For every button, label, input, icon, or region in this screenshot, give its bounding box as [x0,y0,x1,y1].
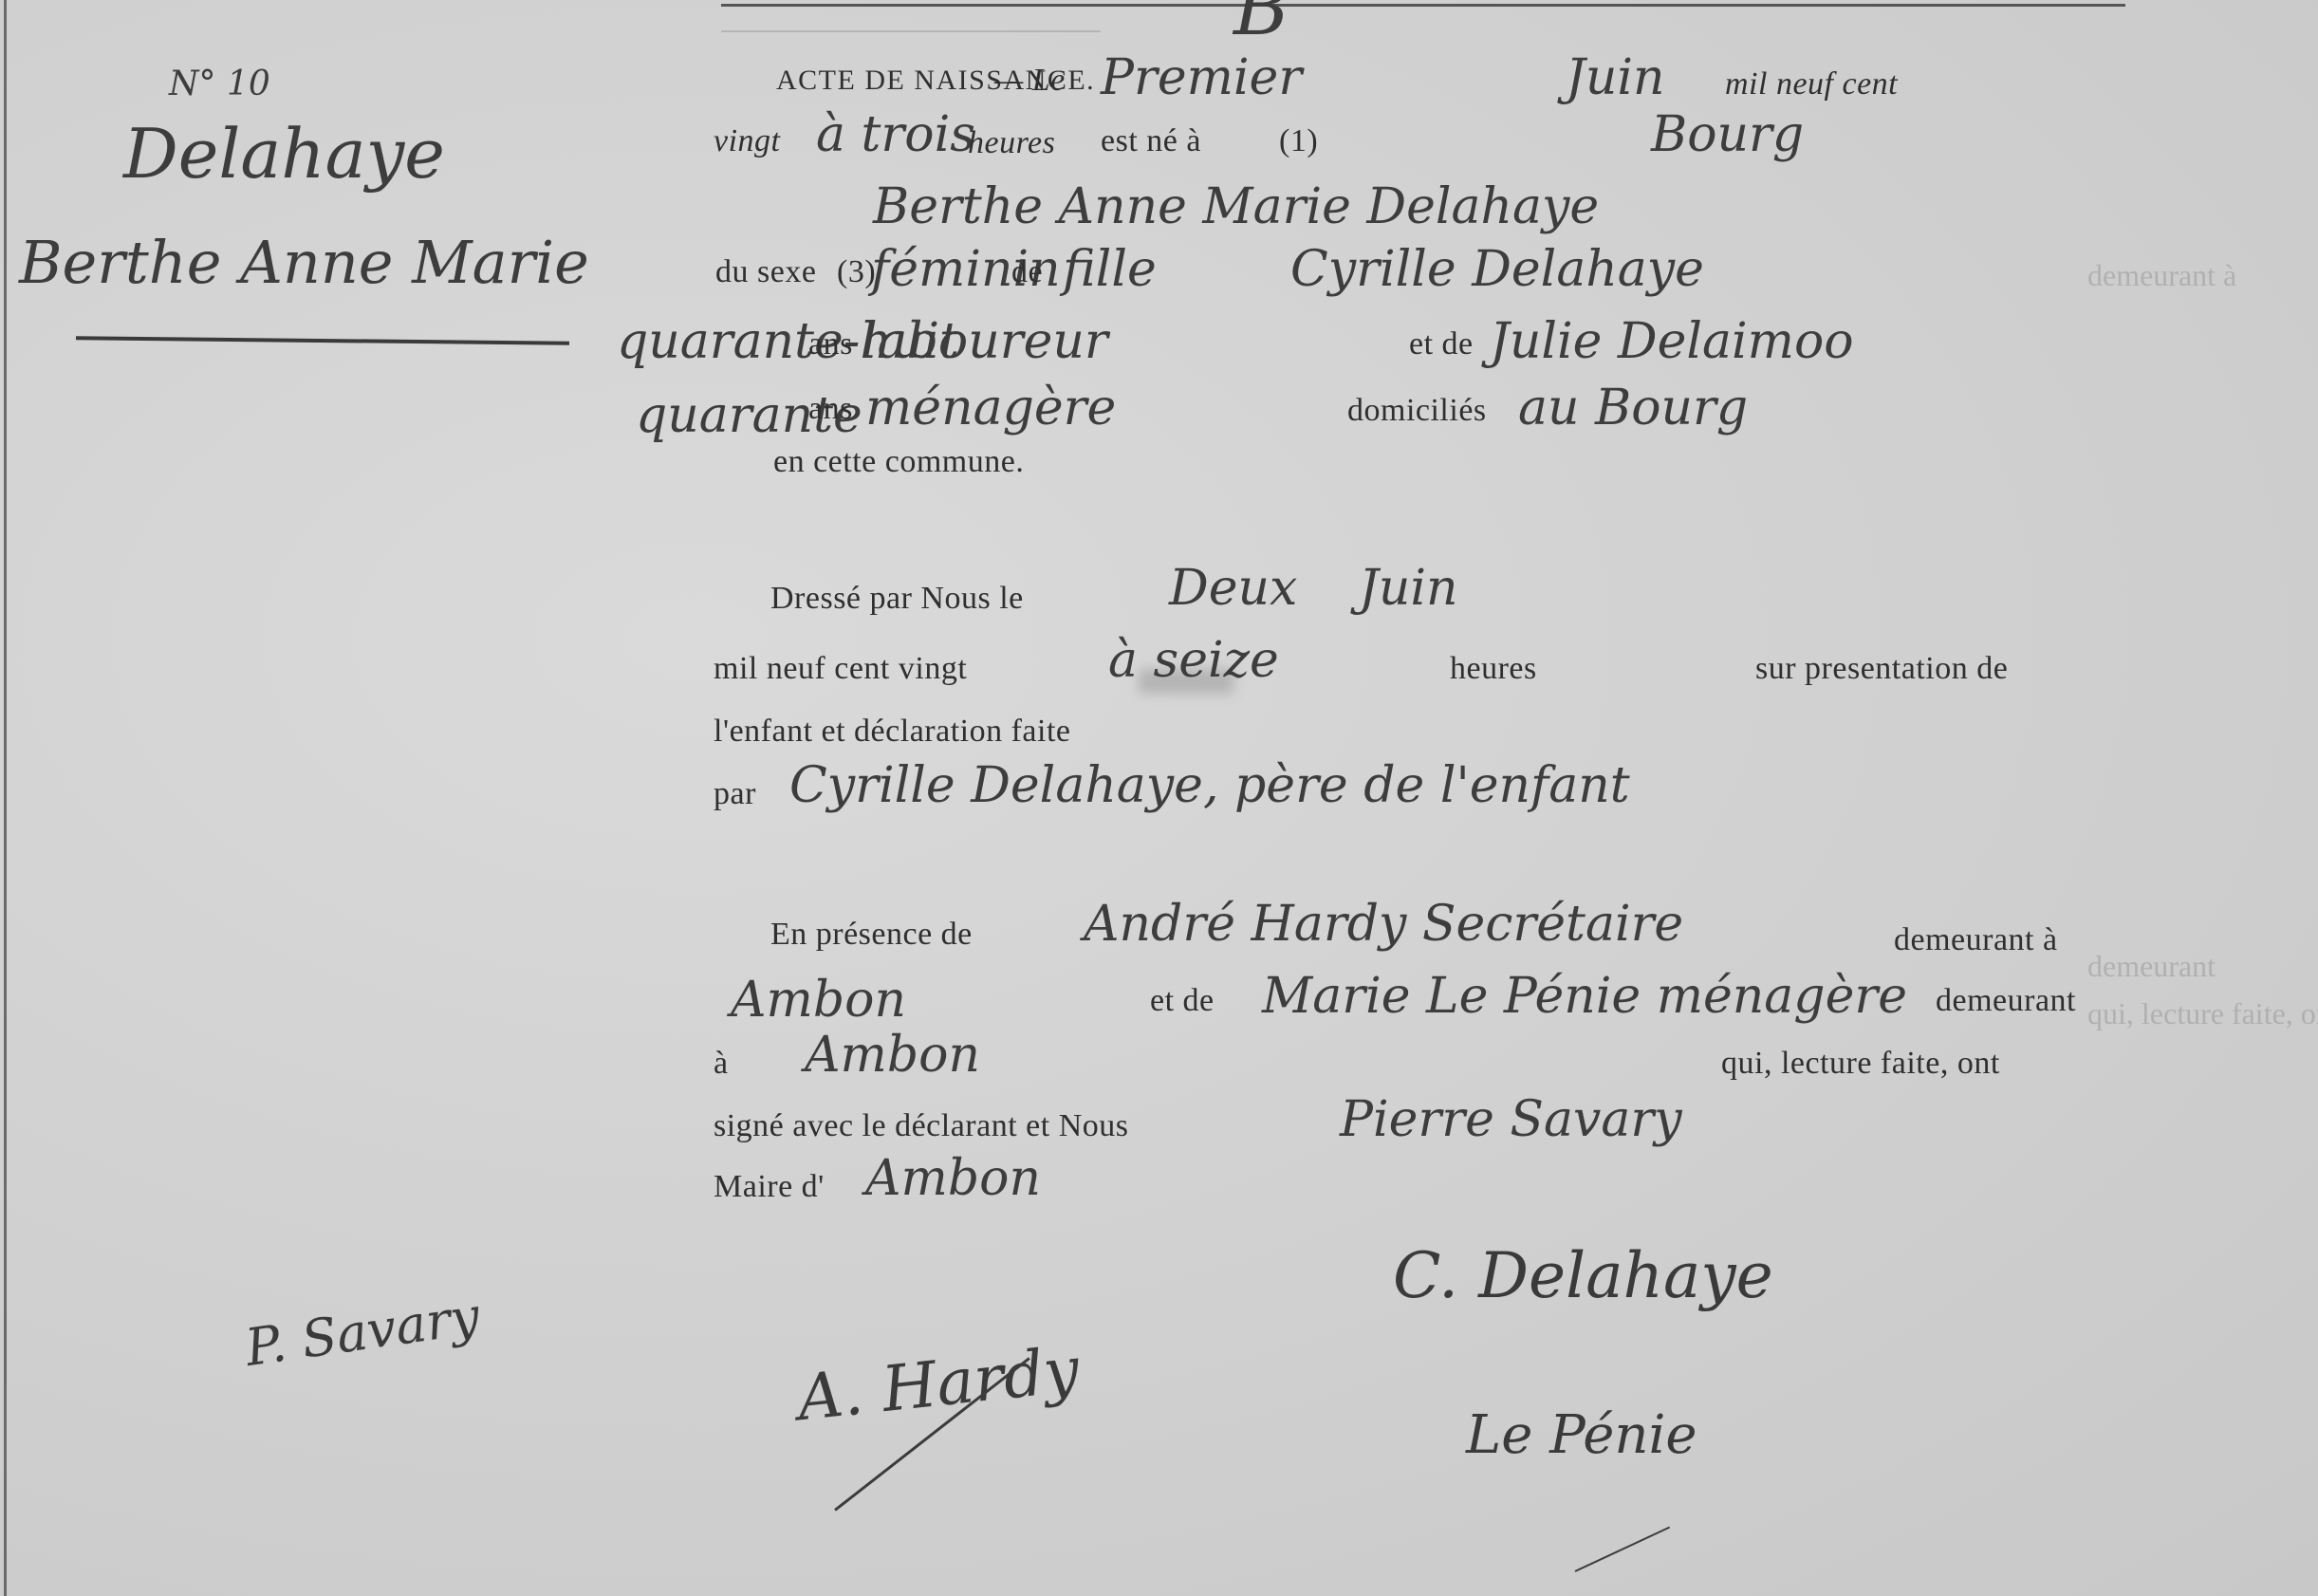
printed-par: par [714,776,756,812]
printed-de: de [1011,254,1043,290]
top-divider-rule [721,4,2125,7]
printed-en-cette-commune: en cette commune. [773,444,1024,480]
printed-mil-neuf-cent: mil neuf cent [1725,66,1898,102]
entry-number: N° 10 [169,65,270,103]
residence-value: au Bourg [1518,380,1748,436]
printed-domicilies: domiciliés [1347,393,1487,429]
printed-est-ne-a: est né à [1101,123,1201,159]
printed-heures-2: heures [1450,651,1537,687]
drawn-month: Juin [1359,560,1457,617]
printed-ans-2: ans [808,391,853,427]
signature-declarant: C. Delahaye [1393,1239,1773,1312]
printed-heures: heures [968,125,1055,161]
printed-dresse-par-nous: Dressé par Nous le [770,581,1024,617]
mayor-name: Pierre Savary [1340,1091,1682,1148]
printed-ans-1: ans [808,326,853,362]
printed-vingt: vingt [714,123,780,159]
printed-enfant-declaration: l'enfant et déclaration faite [714,714,1070,750]
printed-signe-avec: signé avec le déclarant et Nous [714,1108,1128,1144]
witness-1-value: André Hardy Secrétaire [1084,896,1683,953]
printed-maire-d: Maire d' [714,1169,825,1205]
witness-2-residence: Ambon [805,1027,980,1084]
margin-surname: Delahaye [123,114,445,194]
footnote-3: (3) [837,254,876,290]
father-name: Cyrille Delahaye [1290,241,1704,298]
mother-name: Julie Delaimoo [1490,313,1854,370]
bleed-through-line-2: demeurant [2087,949,2216,984]
relation-value: fille [1063,241,1157,298]
drawn-day: Deux [1169,560,1297,617]
birth-day: Premier [1101,49,1302,106]
printed-en-presence-de: En présence de [770,917,973,953]
witness-1-residence: Ambon [731,972,906,1029]
signature-mayor: P. Savary [242,1286,483,1378]
birth-month: Juin [1566,49,1664,106]
register-page: N° 10 Delahaye Berthe Anne Marie B ACTE … [0,0,2318,1596]
printed-et-de: et de [1409,326,1474,362]
signature-witness-1: A. Hardy [794,1333,1083,1436]
mother-occupation: ménagère [865,380,1116,436]
printed-a: à [714,1046,729,1082]
birthplace: Bourg [1651,106,1804,163]
father-occupation: laboureur [862,313,1108,370]
printed-du-sexe: du sexe [715,254,816,290]
witness-2-value: Marie Le Pénie ménagère [1262,968,1907,1025]
printed-qui-lecture-faite: qui, lecture faite, ont [1721,1046,2000,1082]
drawn-time: à seize [1108,632,1279,689]
page-edge-rule [4,0,7,1596]
commune-value: Ambon [865,1150,1041,1207]
bleed-through-line-1: demeurant à [2087,258,2236,293]
child-full-name: Berthe Anne Marie Delahaye [873,178,1599,235]
top-flourish: B [1233,0,1289,52]
faint-top-rule [721,30,1101,32]
bleed-through-line-3: qui, lecture faite, ont [2087,996,2318,1031]
margin-underline [76,336,569,344]
printed-et-de-2: et de [1150,983,1215,1019]
printed-le: — Le [994,63,1066,99]
footnote-1: (1) [1279,123,1318,159]
signature-tail-stroke [1575,1527,1671,1572]
birth-time: à trois [816,106,975,163]
declarant-value: Cyrille Delahaye, père de l'enfant [789,757,1630,814]
signature-witness-2: Le Pénie [1466,1404,1697,1466]
printed-demeurant-a: demeurant à [1894,922,2058,958]
margin-given-names: Berthe Anne Marie [19,228,589,297]
printed-mil-neuf-cent-vingt: mil neuf cent vingt [714,651,967,687]
printed-demeurant: demeurant [1936,983,2076,1019]
printed-sur-presentation: sur presentation de [1755,651,2008,687]
